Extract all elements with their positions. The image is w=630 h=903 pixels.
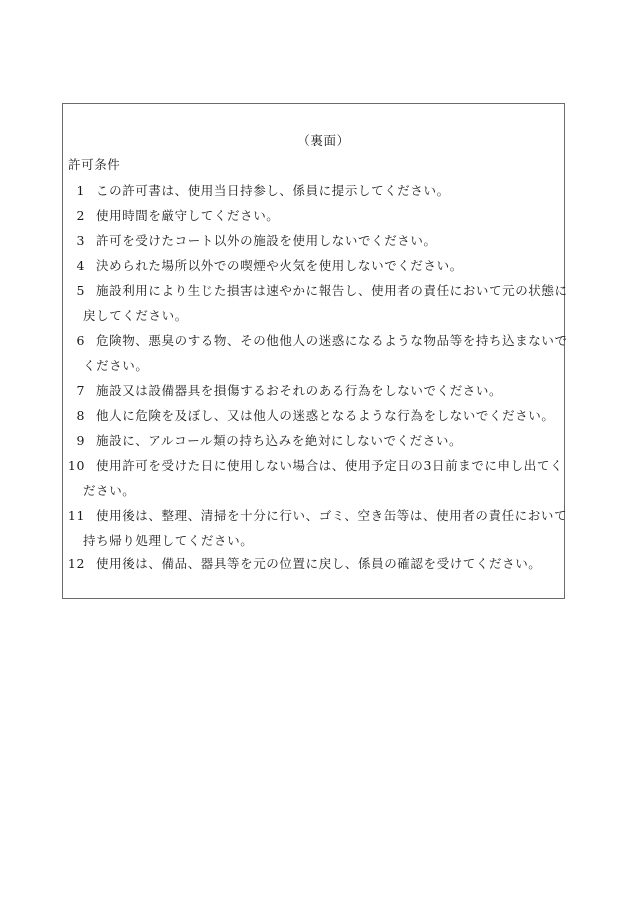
condition-item-10: 10使用許可を受けた日に使用しない場合は、使用予定日の3日前までに申し出てく (63, 458, 563, 474)
condition-number: 12 (63, 556, 85, 572)
condition-text: 施設利用により生じた損害は速やかに報告し、使用者の責任において元の状態に (96, 283, 568, 298)
condition-item-5-continuation: 戻してください。 (83, 308, 188, 324)
condition-number: 1 (63, 183, 85, 199)
condition-text: 使用許可を受けた日に使用しない場合は、使用予定日の3日前までに申し出てく (96, 458, 563, 473)
condition-item-7: 7施設又は設備器具を損傷するおそれのある行為をしないでください。 (63, 383, 502, 399)
condition-item-4: 4決められた場所以外での喫煙や火気を使用しないでください。 (63, 258, 463, 274)
section-heading: 許可条件 (68, 157, 120, 173)
condition-number: 5 (63, 283, 85, 299)
condition-text: 許可を受けたコート以外の施設を使用しないでください。 (96, 233, 437, 248)
condition-text: 施設に、アルコール類の持ち込みを絶対にしないでください。 (96, 433, 462, 448)
condition-text: 危険物、悪臭のする物、その他他人の迷惑になるような物品等を持ち込まないで (96, 333, 568, 348)
page-subtitle: （裏面） (63, 133, 564, 149)
condition-item-2: 2使用時間を厳守してください。 (63, 208, 279, 224)
condition-item-5: 5施設利用により生じた損害は速やかに報告し、使用者の責任において元の状態に (63, 283, 568, 299)
condition-number: 10 (63, 458, 85, 474)
condition-text: この許可書は、使用当日持参し、係員に提示してください。 (96, 183, 450, 198)
condition-number: 7 (63, 383, 85, 399)
condition-number: 2 (63, 208, 85, 224)
condition-item-1: 1この許可書は、使用当日持参し、係員に提示してください。 (63, 183, 450, 199)
condition-text: 使用後は、備品、器具等を元の位置に戻し、係員の確認を受けてください。 (96, 556, 541, 571)
condition-number: 3 (63, 233, 85, 249)
condition-text: 使用時間を厳守してください。 (96, 208, 279, 223)
condition-item-10-continuation: ださい。 (83, 483, 135, 499)
condition-text: 使用後は、整理、清掃を十分に行い、ゴミ、空き缶等は、使用者の責任において (96, 508, 567, 523)
condition-number: 4 (63, 258, 85, 274)
condition-text: 他人に危険を及ぼし、又は他人の迷惑となるような行為をしないでください。 (96, 408, 555, 423)
condition-item-9: 9施設に、アルコール類の持ち込みを絶対にしないでください。 (63, 433, 462, 449)
condition-text: 施設又は設備器具を損傷するおそれのある行為をしないでください。 (96, 383, 502, 398)
condition-item-8: 8他人に危険を及ぼし、又は他人の迷惑となるような行為をしないでください。 (63, 408, 555, 424)
condition-number: 11 (63, 508, 85, 524)
permit-conditions-frame: （裏面） 許可条件 1この許可書は、使用当日持参し、係員に提示してください。 2… (62, 103, 565, 599)
condition-number: 9 (63, 433, 85, 449)
condition-number: 8 (63, 408, 85, 424)
condition-item-11-continuation: 持ち帰り処理してください。 (83, 533, 253, 549)
condition-text: 決められた場所以外での喫煙や火気を使用しないでください。 (96, 258, 463, 273)
condition-item-6-continuation: ください。 (83, 358, 149, 374)
condition-item-11: 11使用後は、整理、清掃を十分に行い、ゴミ、空き缶等は、使用者の責任において (63, 508, 567, 524)
condition-item-12: 12使用後は、備品、器具等を元の位置に戻し、係員の確認を受けてください。 (63, 556, 541, 572)
condition-item-6: 6危険物、悪臭のする物、その他他人の迷惑になるような物品等を持ち込まないで (63, 333, 568, 349)
condition-number: 6 (63, 333, 85, 349)
condition-item-3: 3許可を受けたコート以外の施設を使用しないでください。 (63, 233, 437, 249)
